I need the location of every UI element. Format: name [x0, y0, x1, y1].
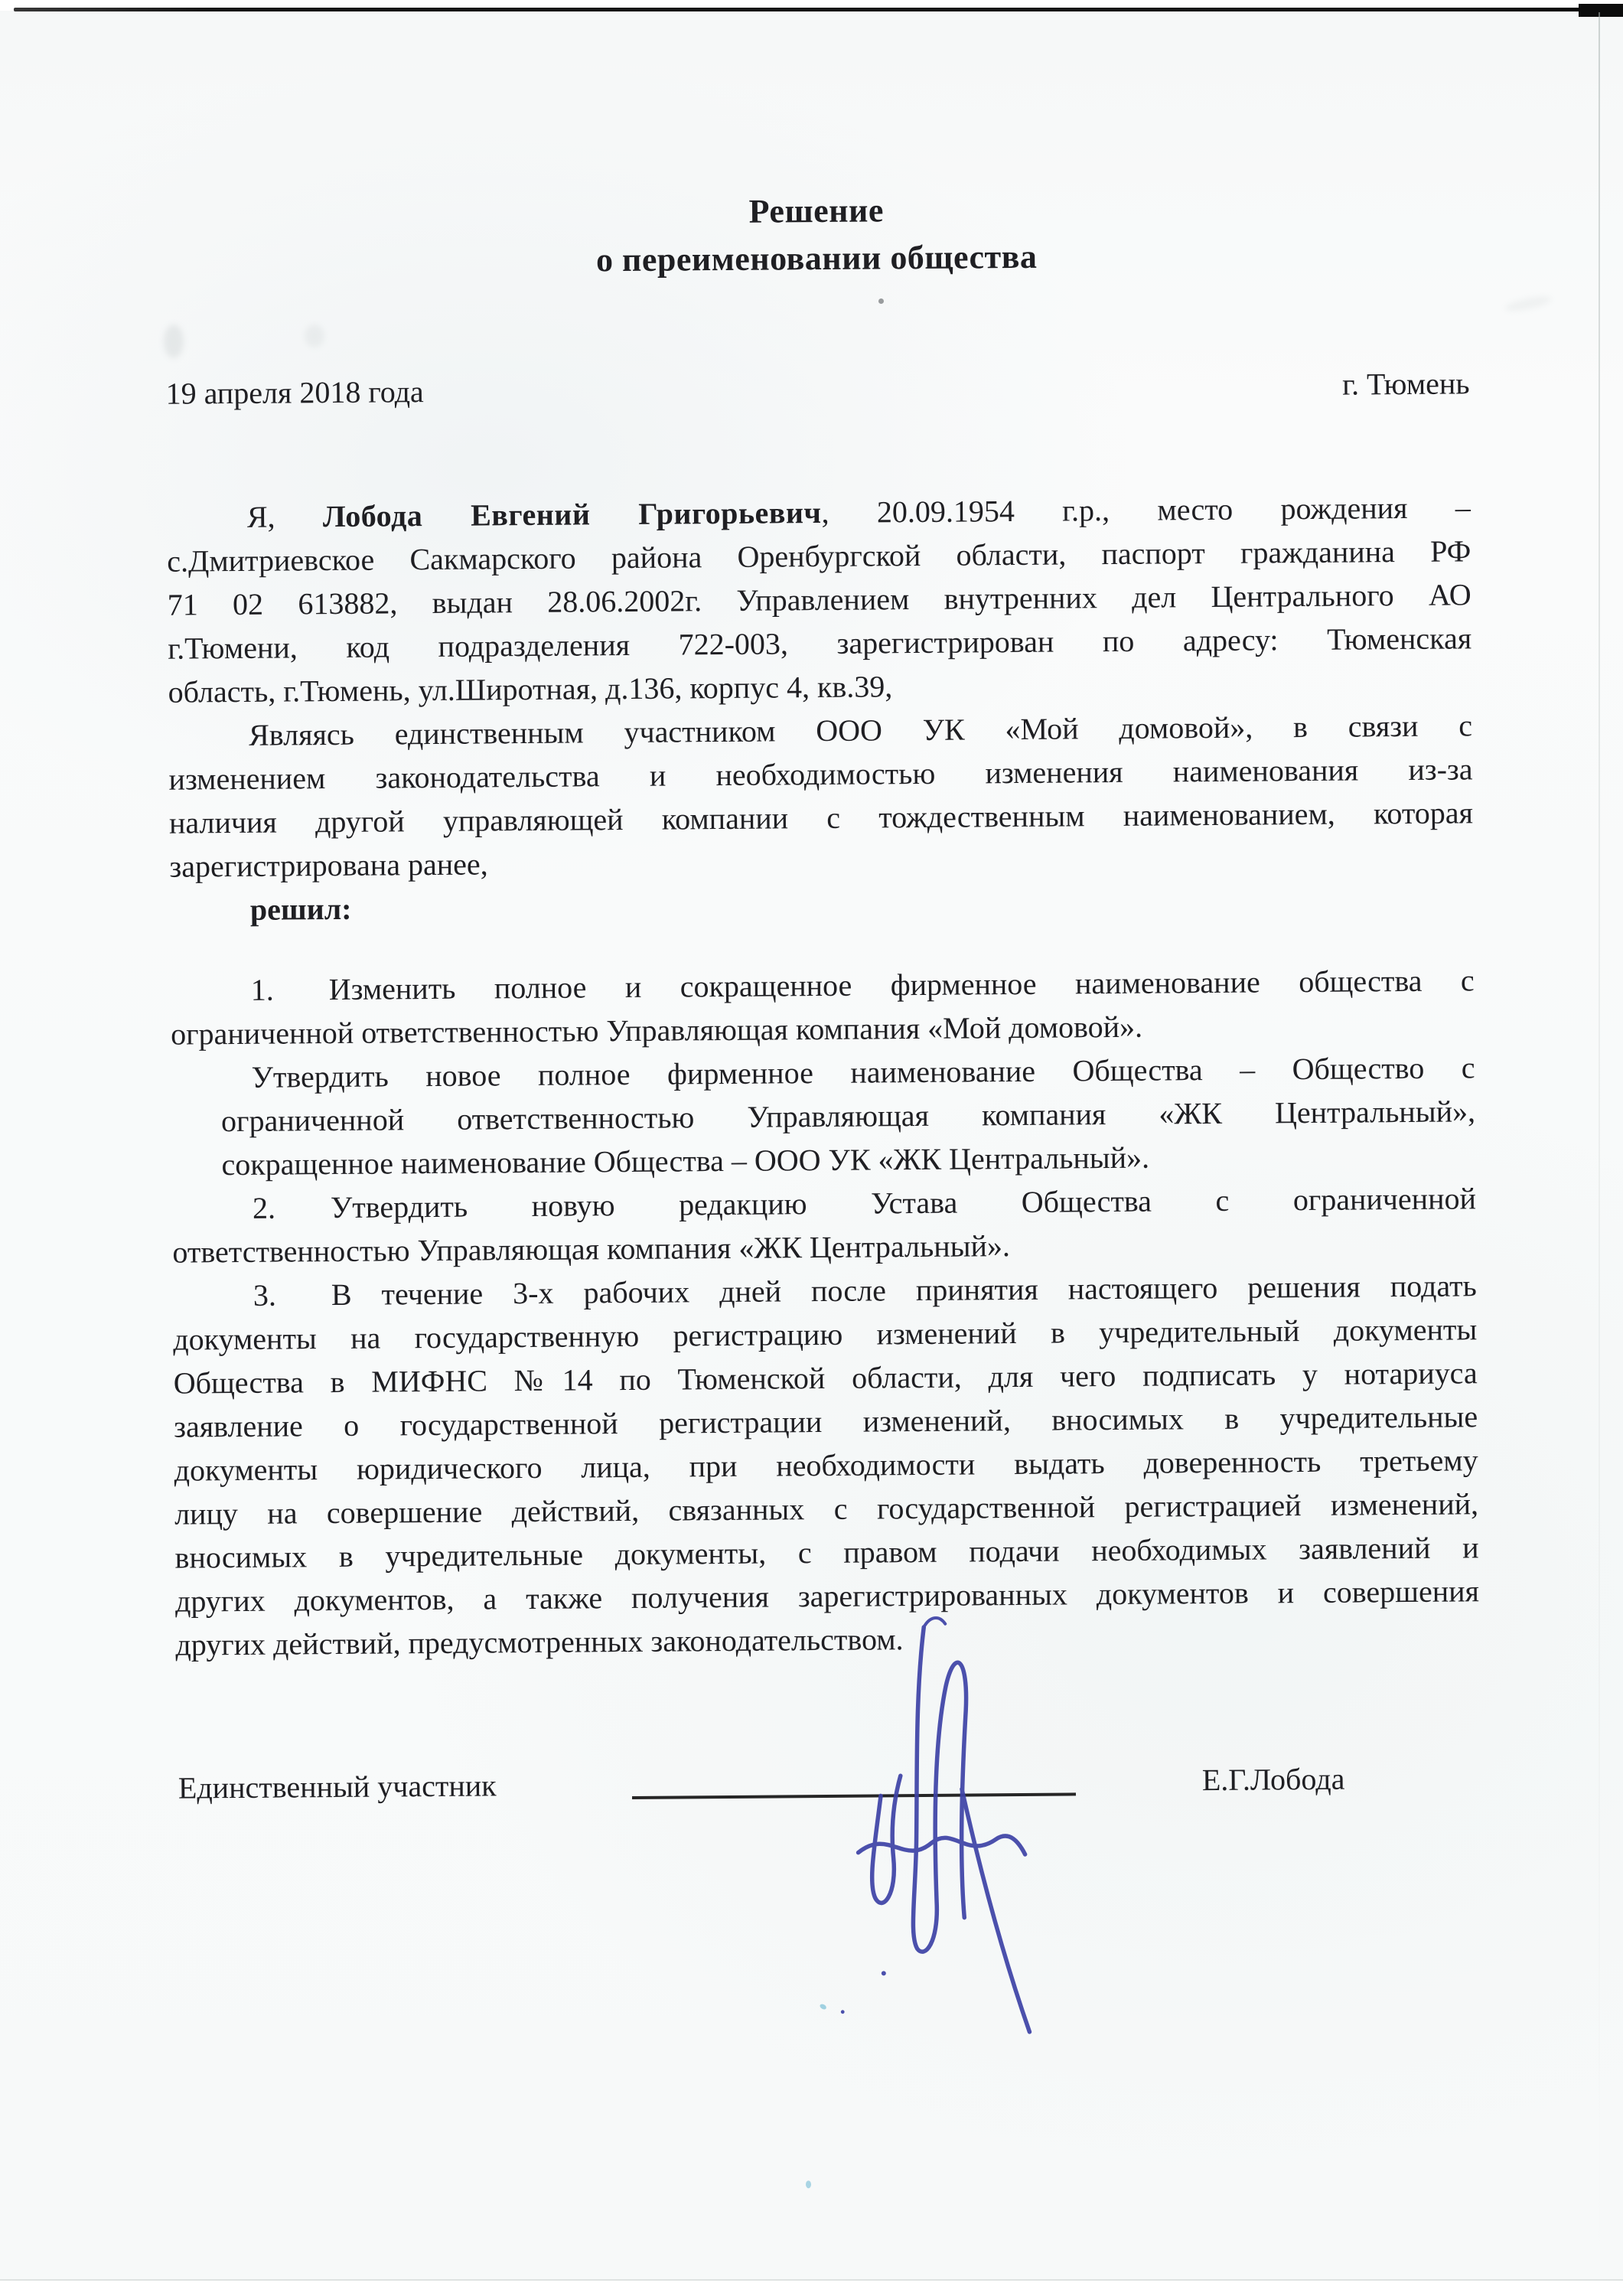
scanner-corner-mark — [1579, 4, 1623, 17]
text-segment: заявление о государственной регистрации … — [174, 1399, 1478, 1443]
list-number: 3. — [253, 1278, 276, 1313]
text-segment: ответственностью Управляющая компания «Ж… — [172, 1228, 1010, 1270]
document-title: Решение о переименовании общества — [165, 182, 1469, 287]
scanned-page: Решение о переименовании общества 19 апр… — [0, 0, 1623, 2296]
document-city: г. Тюмень — [1342, 361, 1470, 406]
text-line: других действий, предусмотренных законод… — [175, 1613, 1479, 1666]
ink-speck — [806, 2180, 811, 2188]
text-segment: Общества в МИФНС №14 по Тюменской област… — [174, 1355, 1478, 1400]
text-segment: наличия другой управляющей компании с то… — [169, 795, 1473, 840]
text-segment: с.Дмитриевское Сакмарского района Оренбу… — [167, 533, 1471, 578]
text-segment: Я, — [247, 499, 323, 534]
text-segment: Изменить полное и сокращенное фирменное … — [329, 963, 1475, 1006]
tab-gap — [274, 1000, 329, 1000]
text-segment: ограниченной ответственностью Управляюща… — [221, 1094, 1475, 1138]
bold-text-segment: Лобода Евгений Григорьевич — [323, 495, 822, 533]
signature-role-label: Единственный участник — [178, 1763, 497, 1809]
text-segment: других документов, а также получения зар… — [175, 1574, 1479, 1618]
text-segment: вносимых в учредительные документы, с пр… — [174, 1530, 1478, 1574]
text-segment: зарегистрирована ранее, — [169, 846, 488, 883]
scanner-edge-line — [14, 8, 1621, 11]
text-segment: изменением законодательства и необходимо… — [168, 752, 1472, 796]
list-number: 2. — [253, 1191, 275, 1225]
document-content: Решение о переименовании общества 19 апр… — [165, 182, 1481, 1813]
text-segment: область, г.Тюмень, ул.Широтная, д.136, к… — [168, 669, 892, 709]
text-segment: решил: — [250, 892, 352, 927]
text-segment: сокращенное наименование Общества – ООО … — [221, 1140, 1149, 1182]
text-segment: других действий, предусмотренных законод… — [175, 1622, 903, 1662]
signatory-name: Е.Г.Лобода — [1202, 1757, 1345, 1802]
signature-rule-line — [632, 1792, 1076, 1799]
text-segment: , 20.09.1954 г.р., место рождения – — [821, 490, 1471, 530]
paper-bottom-edge — [0, 2279, 1623, 2281]
text-segment: Утвердить новую редакцию Устава Общества… — [331, 1181, 1476, 1225]
text-segment: документы на государственную регистрацию… — [173, 1312, 1477, 1356]
text-segment: 71 02 613882, выдан 28.06.2002г. Управле… — [168, 577, 1471, 621]
text-segment: документы юридического лица, при необход… — [174, 1443, 1478, 1487]
document-body: Я, Лобода Евгений Григорьевич, 20.09.195… — [167, 485, 1480, 1666]
text-segment: лицу на совершение действий, связанных с… — [174, 1486, 1478, 1531]
text-segment: Утвердить новое полное фирменное наимено… — [251, 1050, 1475, 1094]
document-date: 19 апреля 2018 года — [165, 370, 424, 416]
list-number: 1. — [251, 973, 274, 1007]
tab-gap — [276, 1305, 331, 1306]
paper-right-edge — [1599, 12, 1600, 2273]
title-line-2: о переименовании общества — [165, 230, 1468, 287]
text-segment: В течение 3-х рабочих дней после приняти… — [331, 1268, 1477, 1312]
date-city-row: 19 апреля 2018 года г. Тюмень — [165, 361, 1469, 415]
text-segment: ограниченной ответственностью Управляюща… — [171, 1009, 1142, 1052]
text-segment: г.Тюмени, код подразделения 722-003, зар… — [168, 621, 1471, 665]
tab-gap — [275, 1218, 331, 1218]
text-segment: Являясь единственным участником ООО УК «… — [249, 708, 1472, 752]
